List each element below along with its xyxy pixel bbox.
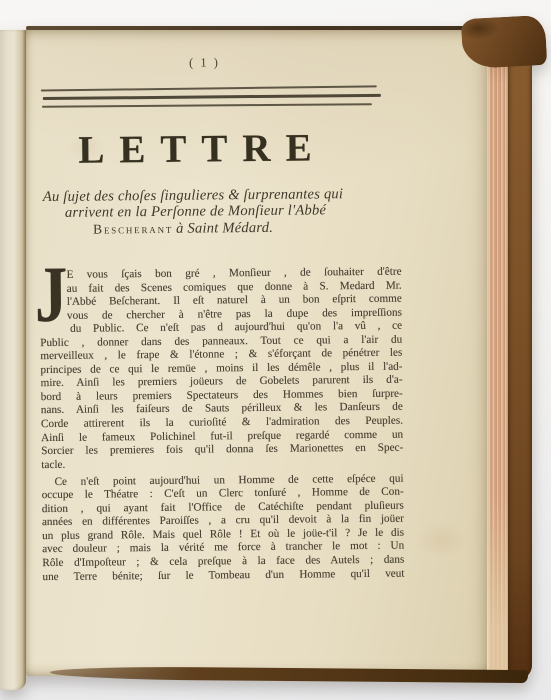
subtitle-name-smallcaps: Bescherant <box>93 221 173 237</box>
subtitle-line-3: Bescherantà Saint Médard. <box>43 218 443 238</box>
body-text: E vous ſçais bon gré , Monſieur , de ſou… <box>40 266 405 585</box>
head-rule-thin-bottom <box>42 103 372 107</box>
cover-corner-top-right <box>461 15 548 69</box>
paragraph-1: E vous ſçais bon gré , Monſieur , de ſou… <box>40 266 404 473</box>
book: ( 1 ) LETTRE Au ſujet des choſes ſinguli… <box>0 24 546 688</box>
printed-content: ( 1 ) LETTRE Au ſujet des choſes ſinguli… <box>23 26 493 678</box>
text-line: une Terre bénite; ſur le Tombeau d'un Ho… <box>42 567 404 584</box>
head-rule-thin-top <box>41 85 377 91</box>
page-number: ( 1 ) <box>37 54 371 72</box>
subtitle: Au ſujet des choſes ſingulieres & ſurpre… <box>43 185 443 238</box>
page-top-edge <box>26 26 488 30</box>
book-bottom-edge <box>50 666 528 683</box>
sprinkled-page-edges <box>487 40 510 672</box>
facing-page-edge <box>0 30 26 690</box>
page-title: LETTRE <box>78 128 327 170</box>
head-rule-thick <box>43 94 381 100</box>
leather-cover-edge <box>508 28 532 680</box>
photo-backdrop: ( 1 ) LETTRE Au ſujet des choſes ſinguli… <box>0 0 551 700</box>
book-page: ( 1 ) LETTRE Au ſujet des choſes ſinguli… <box>26 28 490 676</box>
subtitle-line-3-rest: à Saint Médard. <box>176 220 273 237</box>
paragraph-2: Ce n'eſt point aujourd'hui un Homme de c… <box>41 472 404 584</box>
